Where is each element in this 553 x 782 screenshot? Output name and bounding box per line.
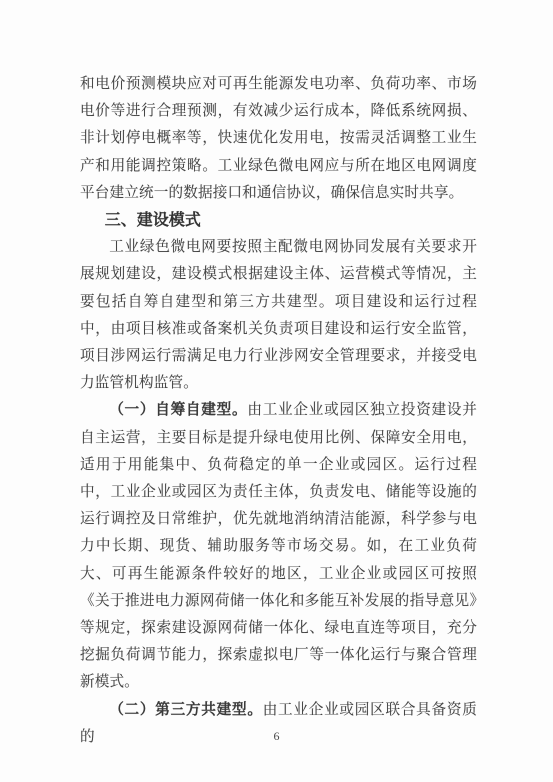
paragraph-continuation: 和电价预测模块应对可再生能源发电功率、负荷功率、市场电价等进行合理预测，有效减少… xyxy=(80,71,477,207)
paragraph-self-built-lead: （一）自筹自建型。 xyxy=(109,402,247,418)
paragraph-third-party-lead: （二）第三方共建型。 xyxy=(109,702,263,718)
paragraph-self-built-text: 由工业企业或园区独立投资建设并自主运营，主要目标是提升绿电使用比例、保障安全用电… xyxy=(80,402,477,690)
paragraph-self-built: （一）自筹自建型。由工业企业或园区独立投资建设并自主运营，主要目标是提升绿电使用… xyxy=(80,397,477,696)
document-page: 和电价预测模块应对可再生能源发电功率、负荷功率、市场电价等进行合理预测，有效减少… xyxy=(0,0,553,782)
section-heading: 三、建设模式 xyxy=(80,207,477,234)
page-content: 和电价预测模块应对可再生能源发电功率、负荷功率、市场电价等进行合理预测，有效减少… xyxy=(80,71,477,751)
page-number: 6 xyxy=(0,729,553,744)
paragraph-build-mode: 工业绿色微电网要按照主配微电网协同发展有关要求开展规划建设，建设模式根据建设主体… xyxy=(80,234,477,397)
